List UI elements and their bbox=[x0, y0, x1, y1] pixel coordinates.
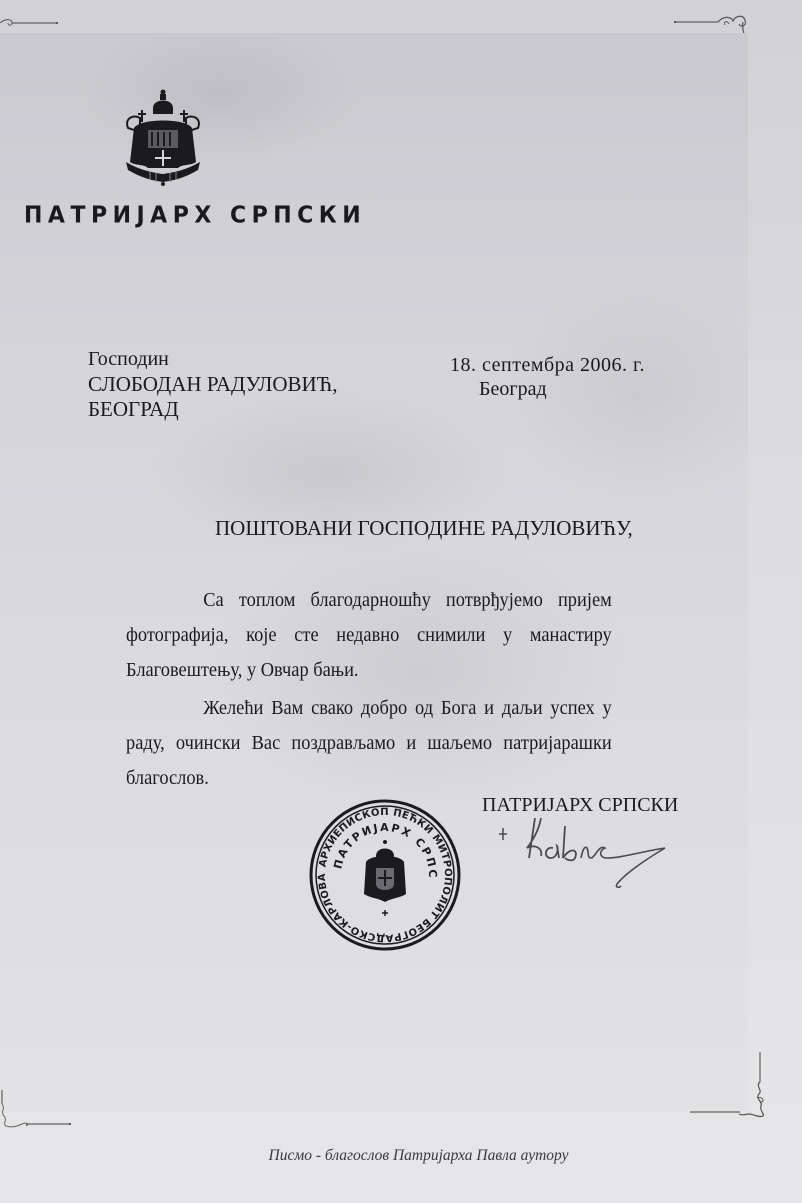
corner-ornament-bottom-left-icon bbox=[0, 1090, 72, 1130]
scanned-letter: ПАТРИЈАРХ СРПСКИ Господин СЛОБОДАН РАДУЛ… bbox=[0, 33, 748, 1113]
letterhead-title: ПАТРИЈАРХ СРПСКИ bbox=[24, 202, 366, 228]
corner-ornament-bottom-right-icon bbox=[735, 1052, 802, 1122]
ornament-line-icon bbox=[690, 1110, 740, 1114]
official-seal-icon: АРХИЕПИСКОП ПЕЋКИ МИТРОПОЛИТ БЕОГРАДСКО-… bbox=[308, 798, 462, 952]
handwritten-signature-icon bbox=[495, 818, 695, 898]
coat-of-arms-icon bbox=[120, 88, 206, 188]
closing-title: ПАТРИЈАРХ СРПСКИ bbox=[482, 793, 678, 818]
greeting: ПОШТОВАНИ ГОСПОДИНЕ РАДУЛОВИЋУ, bbox=[215, 516, 633, 541]
corner-ornament-top-left-icon bbox=[0, 16, 60, 30]
addressee-name: СЛОБОДАН РАДУЛОВИЋ, bbox=[88, 372, 337, 397]
body-paragraph: Са топлом благодарношћу потврђујемо приј… bbox=[126, 583, 612, 688]
letter-date: 18. септембра 2006. г. bbox=[450, 353, 645, 378]
book-page: ПАТРИЈАРХ СРПСКИ Господин СЛОБОДАН РАДУЛ… bbox=[0, 0, 802, 1203]
addressee-title: Господин bbox=[88, 347, 169, 372]
figure-caption: Писмо - благослов Патријарха Павла аутор… bbox=[0, 1147, 802, 1165]
addressee-city: БЕОГРАД bbox=[88, 397, 179, 422]
letter-place: Београд bbox=[479, 377, 547, 402]
body-paragraph: Желећи Вам свако добро од Бога и даљи ус… bbox=[126, 691, 612, 796]
